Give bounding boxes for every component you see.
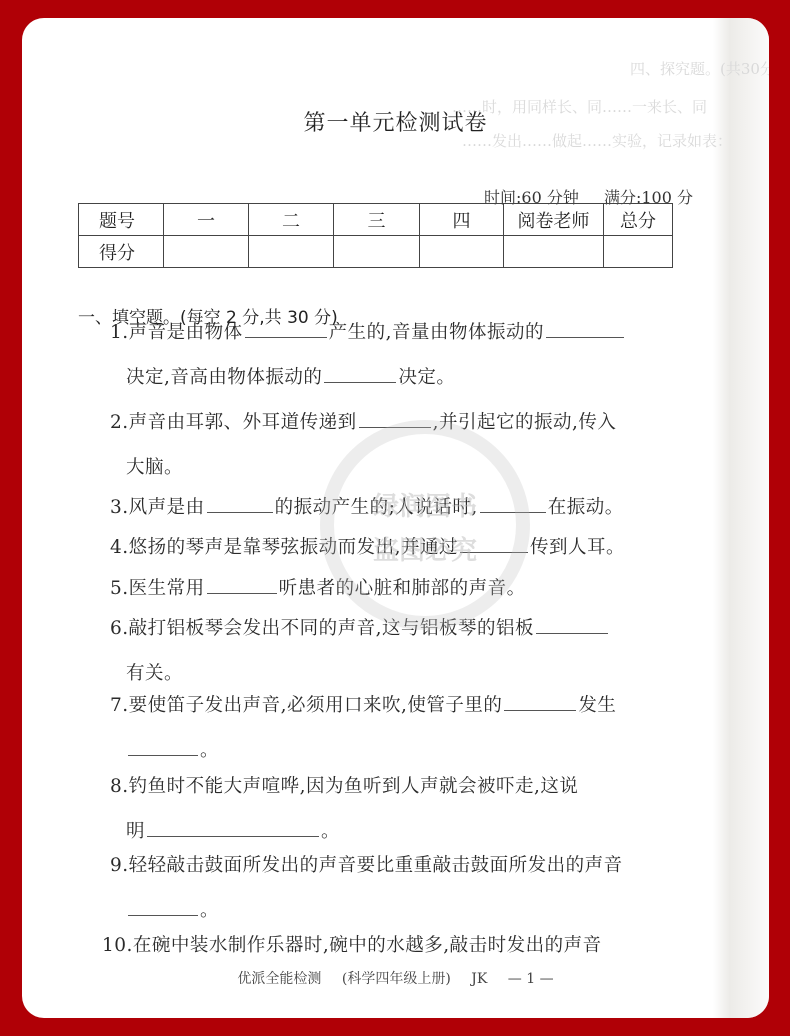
footer-book: (科学四年级上册) [342, 971, 451, 987]
bleed-through-text-1: 四、探究题。(共30分) [630, 58, 769, 79]
exam-page: 四、探究题。(共30分) ……时，用同样长、同……一来长、同 ……发出……做起…… [22, 18, 769, 1018]
score-total [604, 236, 673, 268]
answer-blank[interactable] [480, 494, 546, 514]
question-3: 3.风声是由的振动产生的;人说话时,在振动。 [110, 485, 685, 530]
cell-section-4: 四 [420, 204, 504, 236]
answer-blank[interactable] [460, 534, 528, 554]
cell-grader: 阅卷老师 [504, 204, 604, 236]
cell-total: 总分 [604, 204, 673, 236]
answer-blank[interactable] [536, 615, 608, 635]
question-7: 7.要使笛子发出声音,必须用口来吹,使管子里的发生 。 [110, 683, 685, 773]
answer-blank[interactable] [207, 494, 273, 514]
answer-blank[interactable] [207, 575, 277, 595]
question-2: 2.声音由耳郭、外耳道传递到,并引起它的振动,传入 大脑。 [110, 400, 685, 490]
question-9: 9.轻轻敲击鼓面所发出的声音要比重重敲击鼓面所发出的声音 。 [110, 843, 685, 933]
answer-blank[interactable] [546, 319, 624, 339]
cell-score-label: 得分 [79, 236, 164, 268]
score-section-1 [164, 236, 249, 268]
page-title: 第一单元检测试卷 [22, 106, 769, 137]
footer-series: 优派全能检测 [237, 971, 321, 987]
footer-code: JK [471, 971, 487, 987]
score-section-4 [420, 236, 504, 268]
page-edge-shadow [713, 18, 769, 1018]
score-section-2 [249, 236, 334, 268]
question-8: 8.钓鱼时不能大声喧哗,因为鱼听到人声就会被吓走,这说 明。 [110, 764, 685, 854]
question-1: 1.声音是由物体产生的,音量由物体振动的 决定,音高由物体振动的决定。 [110, 310, 685, 400]
score-table-header-row: 题号 一 二 三 四 阅卷老师 总分 [79, 204, 673, 236]
cell-section-1: 一 [164, 204, 249, 236]
question-10: 10.在碗中装水制作乐器时,碗中的水越多,敲击时发出的声音 [102, 923, 687, 968]
cell-question-number-label: 题号 [79, 204, 164, 236]
answer-blank[interactable] [147, 818, 319, 838]
question-5: 5.医生常用听患者的心脏和肺部的声音。 [110, 566, 685, 611]
score-section-3 [334, 236, 420, 268]
page-footer: 优派全能检测 (科学四年级上册) JK — 1 — [22, 968, 769, 988]
cell-section-2: 二 [249, 204, 334, 236]
answer-blank[interactable] [359, 409, 431, 429]
answer-blank[interactable] [128, 897, 198, 917]
answer-blank[interactable] [128, 737, 198, 757]
score-grader [504, 236, 604, 268]
score-table: 题号 一 二 三 四 阅卷老师 总分 得分 [78, 203, 673, 268]
answer-blank[interactable] [324, 364, 396, 384]
page-number: — 1 — [508, 971, 554, 987]
answer-blank[interactable] [504, 692, 576, 712]
score-table-score-row: 得分 [79, 236, 673, 268]
question-4: 4.悠扬的琴声是靠琴弦振动而发出,并通过传到人耳。 [110, 525, 685, 570]
cell-section-3: 三 [334, 204, 420, 236]
answer-blank[interactable] [245, 319, 327, 339]
